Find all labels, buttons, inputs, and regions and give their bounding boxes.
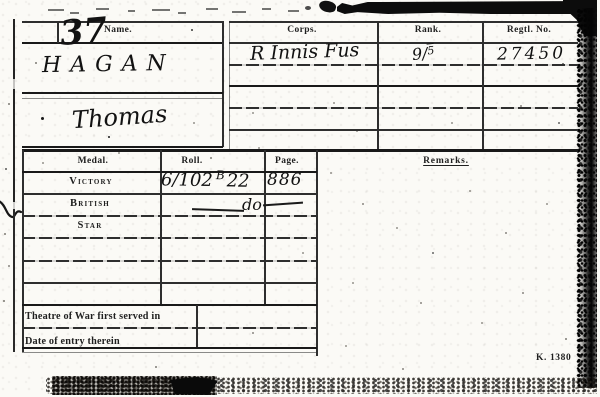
- grid-line: [22, 193, 317, 195]
- grid-line: [22, 21, 223, 23]
- grid-line: [196, 305, 198, 348]
- grid-line: [22, 327, 317, 329]
- forename-handwritten: Thomas: [71, 100, 168, 135]
- grid-line: [22, 150, 24, 352]
- victory-page-value-handwritten: 886: [267, 170, 302, 190]
- regtl-no-value-handwritten: 27450: [497, 43, 566, 64]
- grid-line: [229, 85, 578, 87]
- scan-dash: [152, 9, 170, 11]
- grid-line: [377, 21, 379, 150]
- scan-artifact-top-band: [337, 1, 593, 14]
- medal-row-victory-label: Victory: [69, 176, 113, 187]
- surname-handwritten: HAGAN: [42, 51, 175, 78]
- grid-line: [22, 237, 317, 239]
- scan-artifact-right-edge: [576, 8, 597, 388]
- grid-line: [22, 352, 317, 353]
- grid-line: [22, 42, 223, 44]
- grid-line: [22, 304, 317, 306]
- scan-dash: [262, 8, 271, 10]
- scan-artifact-blob: [305, 6, 311, 10]
- form-number: K. 1380: [536, 353, 571, 363]
- medal-row-star-label: Star: [78, 220, 103, 231]
- grid-line: [229, 21, 230, 150]
- name-header: Name.: [104, 25, 132, 35]
- rank-value-handwritten: 9/5: [411, 43, 435, 64]
- corps-header: Corps.: [287, 25, 317, 35]
- grid-line: [22, 215, 317, 217]
- theatre-of-war-label: Theatre of War first served in: [25, 311, 160, 322]
- grid-line: [229, 64, 578, 66]
- scan-dash: [288, 10, 299, 12]
- card-left-border: [13, 19, 15, 352]
- regtl-no-header: Regtl. No.: [507, 25, 551, 35]
- ink-dot: [41, 117, 44, 120]
- scan-artifact-blob: [318, 0, 337, 14]
- scan-dash: [128, 10, 135, 12]
- grid-line: [316, 150, 318, 356]
- medal-index-card-scan: Name. Corps. Rank. Regtl. No. Medal. Rol…: [0, 0, 600, 397]
- grid-line: [482, 21, 484, 150]
- grid-line: [22, 282, 317, 284]
- date-of-entry-label: Date of entry therein: [25, 336, 120, 347]
- medal-column-header: Medal.: [78, 156, 109, 166]
- british-roll-ditto-handwritten: do: [242, 195, 262, 214]
- grid-line: [229, 107, 578, 109]
- remarks-header: Remarks.: [423, 156, 469, 166]
- grid-line: [22, 347, 317, 349]
- roll-column-header: Roll.: [181, 156, 202, 166]
- scan-dash: [48, 9, 64, 11]
- ditto-dash: [192, 208, 244, 212]
- grid-line: [22, 98, 222, 99]
- grid-line: [22, 146, 223, 148]
- noise-dots: [0, 0, 2, 2]
- section-divider-line: [22, 149, 578, 152]
- scan-dash: [206, 8, 218, 10]
- grid-line: [229, 21, 578, 23]
- scan-dash: [178, 12, 186, 14]
- page-column-header: Page.: [275, 156, 299, 166]
- grid-line: [22, 92, 223, 94]
- grid-line: [229, 129, 578, 131]
- ditto-dash: [263, 202, 303, 207]
- rank-header: Rank.: [415, 25, 442, 35]
- medal-row-british-label: British: [70, 198, 110, 209]
- grid-line: [222, 21, 224, 147]
- ink-dot: [108, 136, 110, 138]
- corner-number-handwritten: 37: [58, 10, 109, 54]
- victory-roll-value-handwritten: 6/102B22: [161, 167, 250, 192]
- scan-dash: [232, 11, 246, 13]
- grid-line: [22, 260, 317, 262]
- corps-value-handwritten: R Innis Fus: [250, 39, 360, 65]
